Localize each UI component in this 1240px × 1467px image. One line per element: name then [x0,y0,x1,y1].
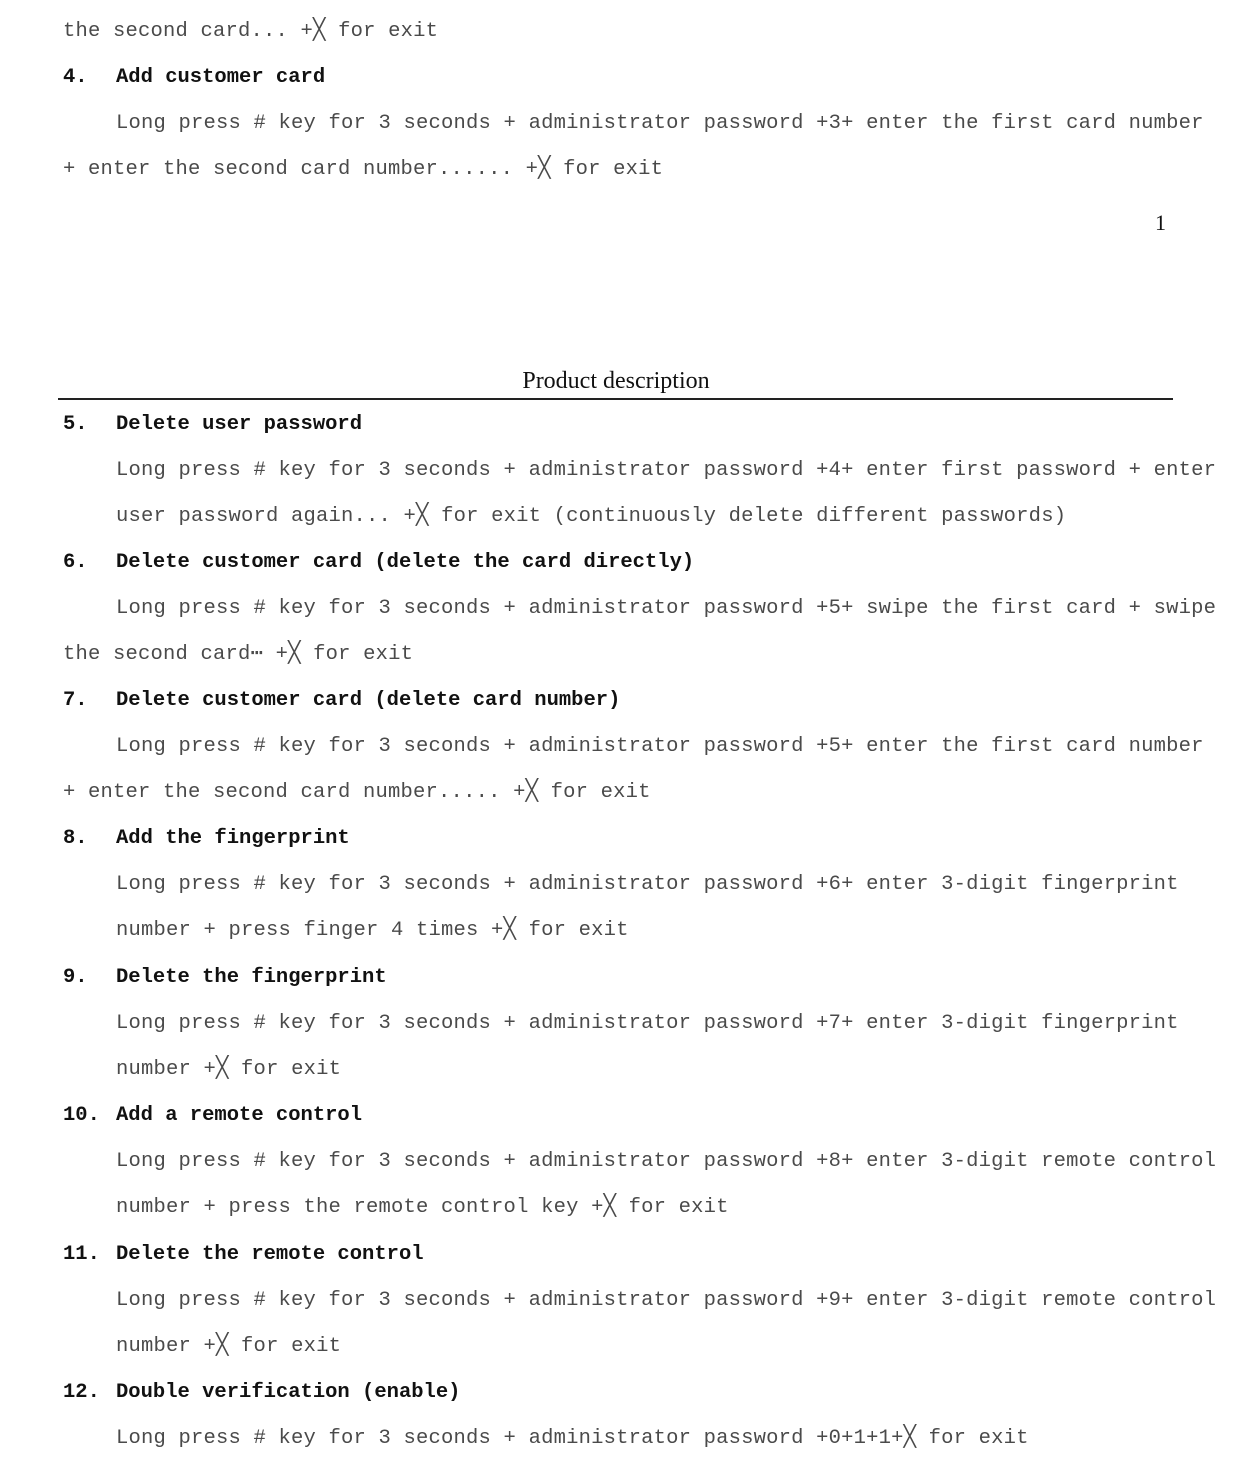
section-number: 12. [63,1381,100,1405]
section-title: Add customer card [116,66,325,90]
section-number: 5. [63,413,88,437]
section-number: 7. [63,689,88,713]
header-divider [58,398,1173,400]
page-header-title: Product description [0,368,1232,395]
instruction-line: + enter the second card number...... +╳ … [63,158,663,182]
section-title: Delete the fingerprint [116,966,387,990]
instruction-line: Long press # key for 3 seconds + adminis… [116,1012,1179,1036]
section-title: Add the fingerprint [116,827,350,851]
instruction-line: Long press # key for 3 seconds + adminis… [116,735,1204,759]
section-number: 11. [63,1243,100,1267]
section-number: 4. [63,66,88,90]
instruction-line: Long press # key for 3 seconds + adminis… [116,597,1216,621]
section-number: 9. [63,966,88,990]
instruction-line: number + press the remote control key +╳… [116,1196,729,1220]
instruction-line: Long press # key for 3 seconds + adminis… [116,1289,1216,1313]
instruction-line: Long press # key for 3 seconds + adminis… [116,112,1204,136]
continued-text-line: the second card... +╳ for exit [63,20,438,44]
section-number: 6. [63,551,88,575]
section-title: Delete customer card (delete card number… [116,689,620,713]
instruction-line: Long press # key for 3 seconds + adminis… [116,459,1216,483]
instruction-line: number + press finger 4 times +╳ for exi… [116,919,629,943]
instruction-line: the second card⋯ +╳ for exit [63,643,413,667]
section-number: 10. [63,1104,100,1128]
section-title: Add a remote control [116,1104,362,1128]
instruction-line: user password again... +╳ for exit (cont… [116,505,1066,529]
instruction-line: Long press # key for 3 seconds + adminis… [116,873,1179,897]
instruction-line: number +╳ for exit [116,1058,341,1082]
instruction-line: Long press # key for 3 seconds + adminis… [116,1427,1029,1451]
page-number: 1 [1155,210,1166,236]
section-title: Delete the remote control [116,1243,424,1267]
section-number: 8. [63,827,88,851]
section-title: Double verification (enable) [116,1381,460,1405]
instruction-line: number +╳ for exit [116,1335,341,1359]
instruction-line: Long press # key for 3 seconds + adminis… [116,1150,1216,1174]
instruction-line: + enter the second card number..... +╳ f… [63,781,651,805]
section-title: Delete user password [116,413,362,437]
section-title: Delete customer card (delete the card di… [116,551,694,575]
